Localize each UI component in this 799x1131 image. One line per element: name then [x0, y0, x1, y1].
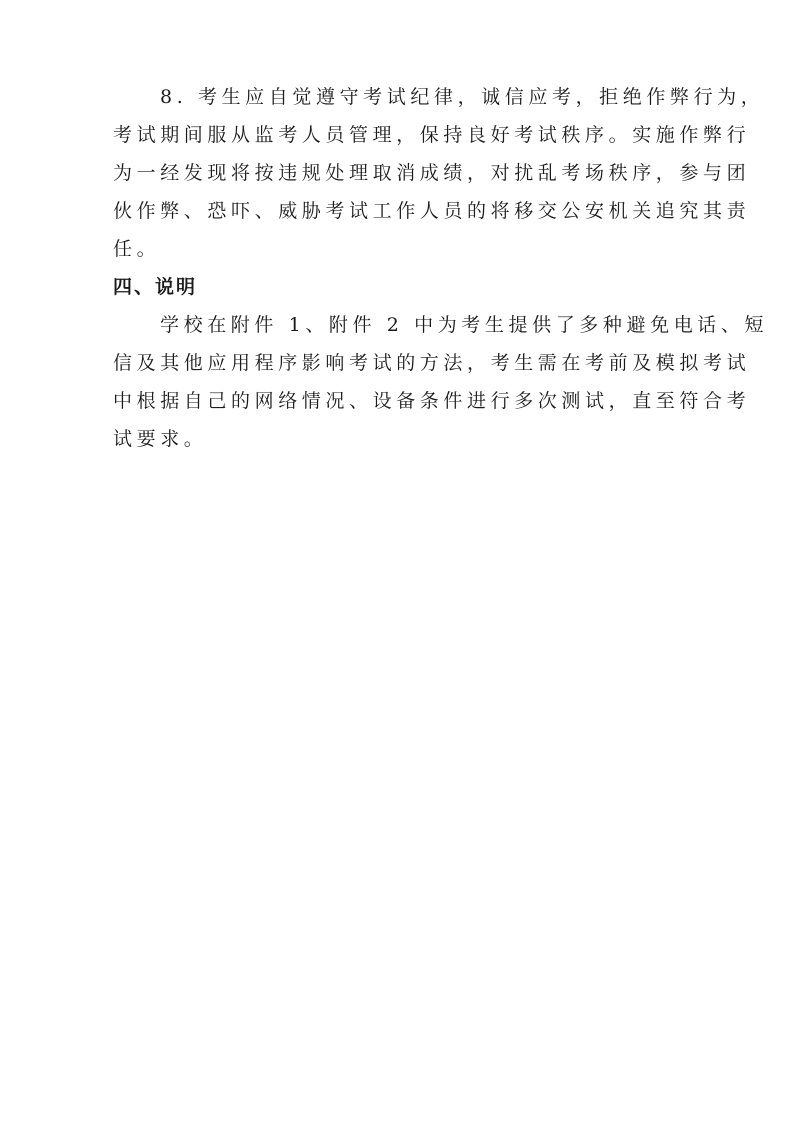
- document-page: 8. 考生应自觉遵守考试纪律，诚信应考，拒绝作弊行为， 考试期间服从监考人员管理…: [0, 0, 799, 1131]
- paragraph-explanation: 学校在附件 1、附件 2 中为考生提供了多种避免电话、短 信及其他应用程序影响考…: [113, 306, 687, 458]
- paragraph-line: 学校在附件 1、附件 2 中为考生提供了多种避免电话、短: [113, 306, 687, 344]
- paragraph-line: 任。: [113, 230, 687, 268]
- paragraph-line: 伙作弊、恐吓、威胁考试工作人员的将移交公安机关追究其责: [113, 192, 687, 230]
- paragraph-line: 中根据自己的网络情况、设备条件进行多次测试，直至符合考: [113, 382, 687, 420]
- paragraph-item-8: 8. 考生应自觉遵守考试纪律，诚信应考，拒绝作弊行为， 考试期间服从监考人员管理…: [113, 78, 687, 268]
- paragraph-line: 为一经发现将按违规处理取消成绩，对扰乱考场秩序，参与团: [113, 154, 687, 192]
- document-body: 8. 考生应自觉遵守考试纪律，诚信应考，拒绝作弊行为， 考试期间服从监考人员管理…: [113, 78, 687, 458]
- paragraph-line: 考试期间服从监考人员管理，保持良好考试秩序。实施作弊行: [113, 116, 687, 154]
- paragraph-line: 试要求。: [113, 420, 687, 458]
- paragraph-line: 8. 考生应自觉遵守考试纪律，诚信应考，拒绝作弊行为，: [113, 78, 687, 116]
- section-heading-explanation: 四、说明: [113, 268, 687, 306]
- paragraph-line: 信及其他应用程序影响考试的方法，考生需在考前及模拟考试: [113, 344, 687, 382]
